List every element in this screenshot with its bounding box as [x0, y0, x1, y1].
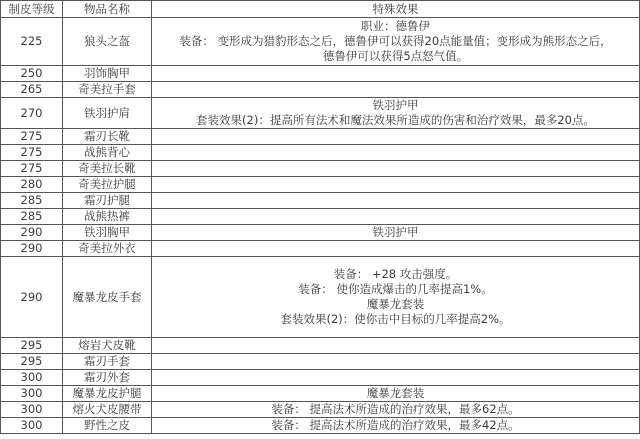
- effect-line: 套装效果(2)：提高所有法术和魔法效果所造成的伤害和治疗效果，最多20点。: [152, 113, 639, 128]
- item-name-cell: 羽饰胸甲: [63, 66, 152, 82]
- effect-line: 套装效果(2)：使你击中目标的几率提高2%。: [152, 312, 639, 327]
- table-row: 300霜刃外套: [1, 370, 640, 386]
- level-cell: 290: [1, 225, 63, 241]
- header-level: 制皮等级: [1, 1, 63, 18]
- effect-line: 装备： 提高法术所造成的治疗效果，最多62点。: [152, 402, 639, 417]
- effect-cell: [152, 241, 640, 257]
- level-cell: 275: [1, 129, 63, 145]
- level-cell: 300: [1, 402, 63, 418]
- table-row: 275战熊背心: [1, 145, 640, 161]
- table-row: 270铁羽护肩铁羽护甲套装效果(2)：提高所有法术和魔法效果所造成的伤害和治疗效…: [1, 98, 640, 129]
- table-row: 265奇美拉手套: [1, 82, 640, 98]
- level-cell: 295: [1, 338, 63, 354]
- item-name-cell: 奇美拉护腿: [63, 177, 152, 193]
- table-row: 225狼头之盔职业：德鲁伊装备： 变形成为猎豹形态之后，德鲁伊可以获得20点能量…: [1, 18, 640, 66]
- item-name-cell: 铁羽胸甲: [63, 225, 152, 241]
- effect-line: 装备： +28 攻击强度。: [152, 267, 639, 282]
- effect-cell: [152, 145, 640, 161]
- effect-cell: 铁羽护甲套装效果(2)：提高所有法术和魔法效果所造成的伤害和治疗效果，最多20点…: [152, 98, 640, 129]
- table-row: 290魔暴龙皮手套装备： +28 攻击强度。装备： 使你造成爆击的几率提高1%。…: [1, 257, 640, 338]
- effect-cell: [152, 66, 640, 82]
- effect-line: 铁羽护甲: [152, 98, 639, 113]
- item-name-cell: 狼头之盔: [63, 18, 152, 66]
- item-name-cell: 野性之皮: [63, 418, 152, 434]
- level-cell: 300: [1, 386, 63, 402]
- effect-cell: 装备： 提高法术所造成的治疗效果，最多62点。: [152, 402, 640, 418]
- header-special-effect: 特殊效果: [152, 1, 640, 18]
- item-name-cell: 熔火犬皮腰带: [63, 402, 152, 418]
- level-cell: 265: [1, 82, 63, 98]
- level-cell: 300: [1, 370, 63, 386]
- item-name-cell: 奇美拉外衣: [63, 241, 152, 257]
- effect-cell: [152, 193, 640, 209]
- table-row: 250羽饰胸甲: [1, 66, 640, 82]
- header-item-name: 物品名称: [63, 1, 152, 18]
- table-row: 290铁羽胸甲铁羽护甲: [1, 225, 640, 241]
- level-cell: 295: [1, 354, 63, 370]
- effect-cell: [152, 338, 640, 354]
- item-name-cell: 战熊背心: [63, 145, 152, 161]
- effect-cell: 魔暴龙套装: [152, 386, 640, 402]
- effect-cell: [152, 129, 640, 145]
- item-name-cell: 奇美拉手套: [63, 82, 152, 98]
- table-row: 300野性之皮装备： 提高法术所造成的治疗效果，最多42点。: [1, 418, 640, 434]
- item-name-cell: 霜刃长靴: [63, 129, 152, 145]
- effect-cell: 职业：德鲁伊装备： 变形成为猎豹形态之后，德鲁伊可以获得20点能量值；变形成为熊…: [152, 18, 640, 66]
- effect-cell: [152, 209, 640, 225]
- item-name-cell: 奇美拉长靴: [63, 161, 152, 177]
- table-row: 280奇美拉护腿: [1, 177, 640, 193]
- table-row: 295熔岩犬皮靴: [1, 338, 640, 354]
- effect-cell: 装备： 提高法术所造成的治疗效果，最多42点。: [152, 418, 640, 434]
- table-row: 295霜刃手套: [1, 354, 640, 370]
- level-cell: 280: [1, 177, 63, 193]
- level-cell: 285: [1, 193, 63, 209]
- level-cell: 225: [1, 18, 63, 66]
- header-row: 制皮等级 物品名称 特殊效果: [1, 1, 640, 18]
- effect-cell: 铁羽护甲: [152, 225, 640, 241]
- level-cell: 300: [1, 418, 63, 434]
- level-cell: 270: [1, 98, 63, 129]
- item-name-cell: 霜刃外套: [63, 370, 152, 386]
- effect-line: 铁羽护甲: [152, 225, 639, 240]
- effect-line: 魔暴龙套装: [152, 297, 639, 312]
- item-name-cell: 魔暴龙皮护腿: [63, 386, 152, 402]
- effect-cell: 装备： +28 攻击强度。装备： 使你造成爆击的几率提高1%。魔暴龙套装套装效果…: [152, 257, 640, 338]
- table-row: 300熔火犬皮腰带装备： 提高法术所造成的治疗效果，最多62点。: [1, 402, 640, 418]
- item-name-cell: 铁羽护肩: [63, 98, 152, 129]
- crafting-table: 制皮等级 物品名称 特殊效果 225狼头之盔职业：德鲁伊装备： 变形成为猎豹形态…: [0, 0, 640, 434]
- table-row: 275奇美拉长靴: [1, 161, 640, 177]
- table-row: 300魔暴龙皮护腿魔暴龙套装: [1, 386, 640, 402]
- effect-cell: [152, 82, 640, 98]
- effect-cell: [152, 354, 640, 370]
- level-cell: 285: [1, 209, 63, 225]
- effect-line: 装备： 使你造成爆击的几率提高1%。: [152, 282, 639, 297]
- level-cell: 290: [1, 241, 63, 257]
- effect-line: 魔暴龙套装: [152, 386, 639, 401]
- item-name-cell: 战熊热裤: [63, 209, 152, 225]
- item-name-cell: 霜刃手套: [63, 354, 152, 370]
- effect-cell: [152, 177, 640, 193]
- effect-line: 装备： 提高法术所造成的治疗效果，最多42点。: [152, 418, 639, 433]
- item-name-cell: 霜刃护腿: [63, 193, 152, 209]
- table-body: 225狼头之盔职业：德鲁伊装备： 变形成为猎豹形态之后，德鲁伊可以获得20点能量…: [1, 18, 640, 434]
- level-cell: 275: [1, 161, 63, 177]
- effect-cell: [152, 370, 640, 386]
- level-cell: 290: [1, 257, 63, 338]
- effect-cell: [152, 161, 640, 177]
- level-cell: 250: [1, 66, 63, 82]
- table-row: 285霜刃护腿: [1, 193, 640, 209]
- table-row: 275霜刃长靴: [1, 129, 640, 145]
- table-row: 285战熊热裤: [1, 209, 640, 225]
- level-cell: 275: [1, 145, 63, 161]
- table-row: 290奇美拉外衣: [1, 241, 640, 257]
- effect-line: 装备： 变形成为猎豹形态之后，德鲁伊可以获得20点能量值；变形成为熊形态之后，: [152, 34, 639, 49]
- item-name-cell: 魔暴龙皮手套: [63, 257, 152, 338]
- item-name-cell: 熔岩犬皮靴: [63, 338, 152, 354]
- effect-line: 职业：德鲁伊: [152, 19, 639, 34]
- effect-line: 德鲁伊可以获得5点怒气值。: [152, 49, 639, 64]
